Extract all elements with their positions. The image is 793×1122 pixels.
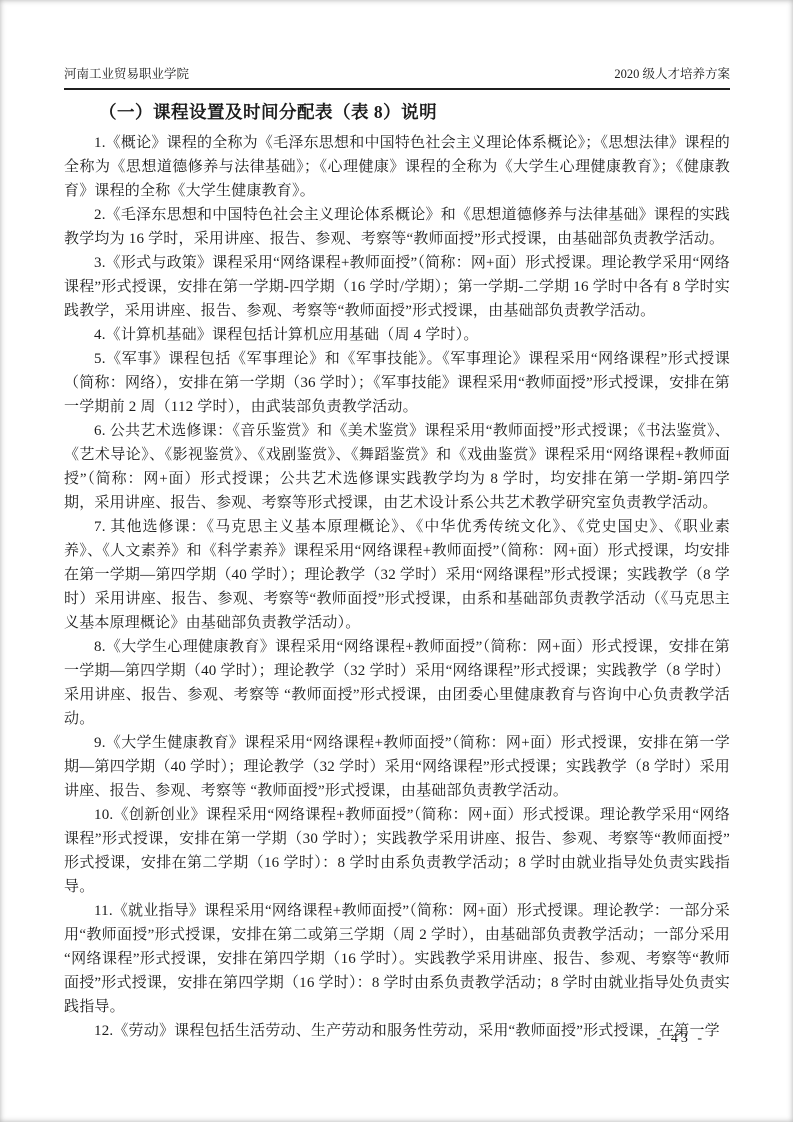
- paragraph-3: 3.《形式与政策》课程采用“网络课程+教师面授”（简称：网+面）形式授课。理论教…: [64, 251, 730, 323]
- paragraph-7: 7. 其他选修课：《马克思主义基本原理概论》、《中华优秀传统文化》、《党史国史》…: [64, 515, 730, 635]
- document-page: { "doc": { "header": { "left": "河南工业贸易职业…: [0, 0, 793, 1122]
- header-school-name: 河南工业贸易职业学院: [64, 66, 189, 82]
- paragraph-12: 12.《劳动》课程包括生活劳动、生产劳动和服务性劳动，采用“教师面授”形式授课，…: [64, 1019, 730, 1043]
- paragraph-4: 4.《计算机基础》课程包括计算机应用基础（周 4 学时）。: [64, 323, 730, 347]
- paragraph-8: 8.《大学生心理健康教育》课程采用“网络课程+教师面授”（简称：网+面）形式授课…: [64, 635, 730, 731]
- body-text: 1.《概论》课程的全称为《毛泽东思想和中国特色社会主义理论体系概论》；《思想法律…: [64, 131, 730, 1043]
- paragraph-1: 1.《概论》课程的全称为《毛泽东思想和中国特色社会主义理论体系概论》；《思想法律…: [64, 131, 730, 203]
- paragraph-2: 2.《毛泽东思想和中国特色社会主义理论体系概论》和《思想道德修养与法律基础》课程…: [64, 203, 730, 251]
- page-content: 河南工业贸易职业学院 2020 级人才培养方案 （一）课程设置及时间分配表（表 …: [64, 66, 730, 1043]
- page-number: - 43 -: [657, 1031, 705, 1047]
- paragraph-11: 11.《就业指导》课程采用“网络课程+教师面授”（简称：网+面）形式授课。理论教…: [64, 899, 730, 1019]
- paragraph-6: 6. 公共艺术选修课：《音乐鉴赏》和《美术鉴赏》课程采用“教师面授”形式授课；《…: [64, 419, 730, 515]
- paragraph-10: 10.《创新创业》课程采用“网络课程+教师面授”（简称：网+面）形式授课。理论教…: [64, 803, 730, 899]
- header-plan-name: 2020 级人才培养方案: [614, 66, 730, 82]
- section-title: （一）课程设置及时间分配表（表 8）说明: [64, 100, 730, 124]
- paragraph-9: 9.《大学生健康教育》课程采用“网络课程+教师面授”（简称：网+面）形式授课，安…: [64, 731, 730, 803]
- paragraph-5: 5.《军事》课程包括《军事理论》和《军事技能》。《军事理论》课程采用“网络课程”…: [64, 347, 730, 419]
- page-header: 河南工业贸易职业学院 2020 级人才培养方案: [64, 66, 730, 90]
